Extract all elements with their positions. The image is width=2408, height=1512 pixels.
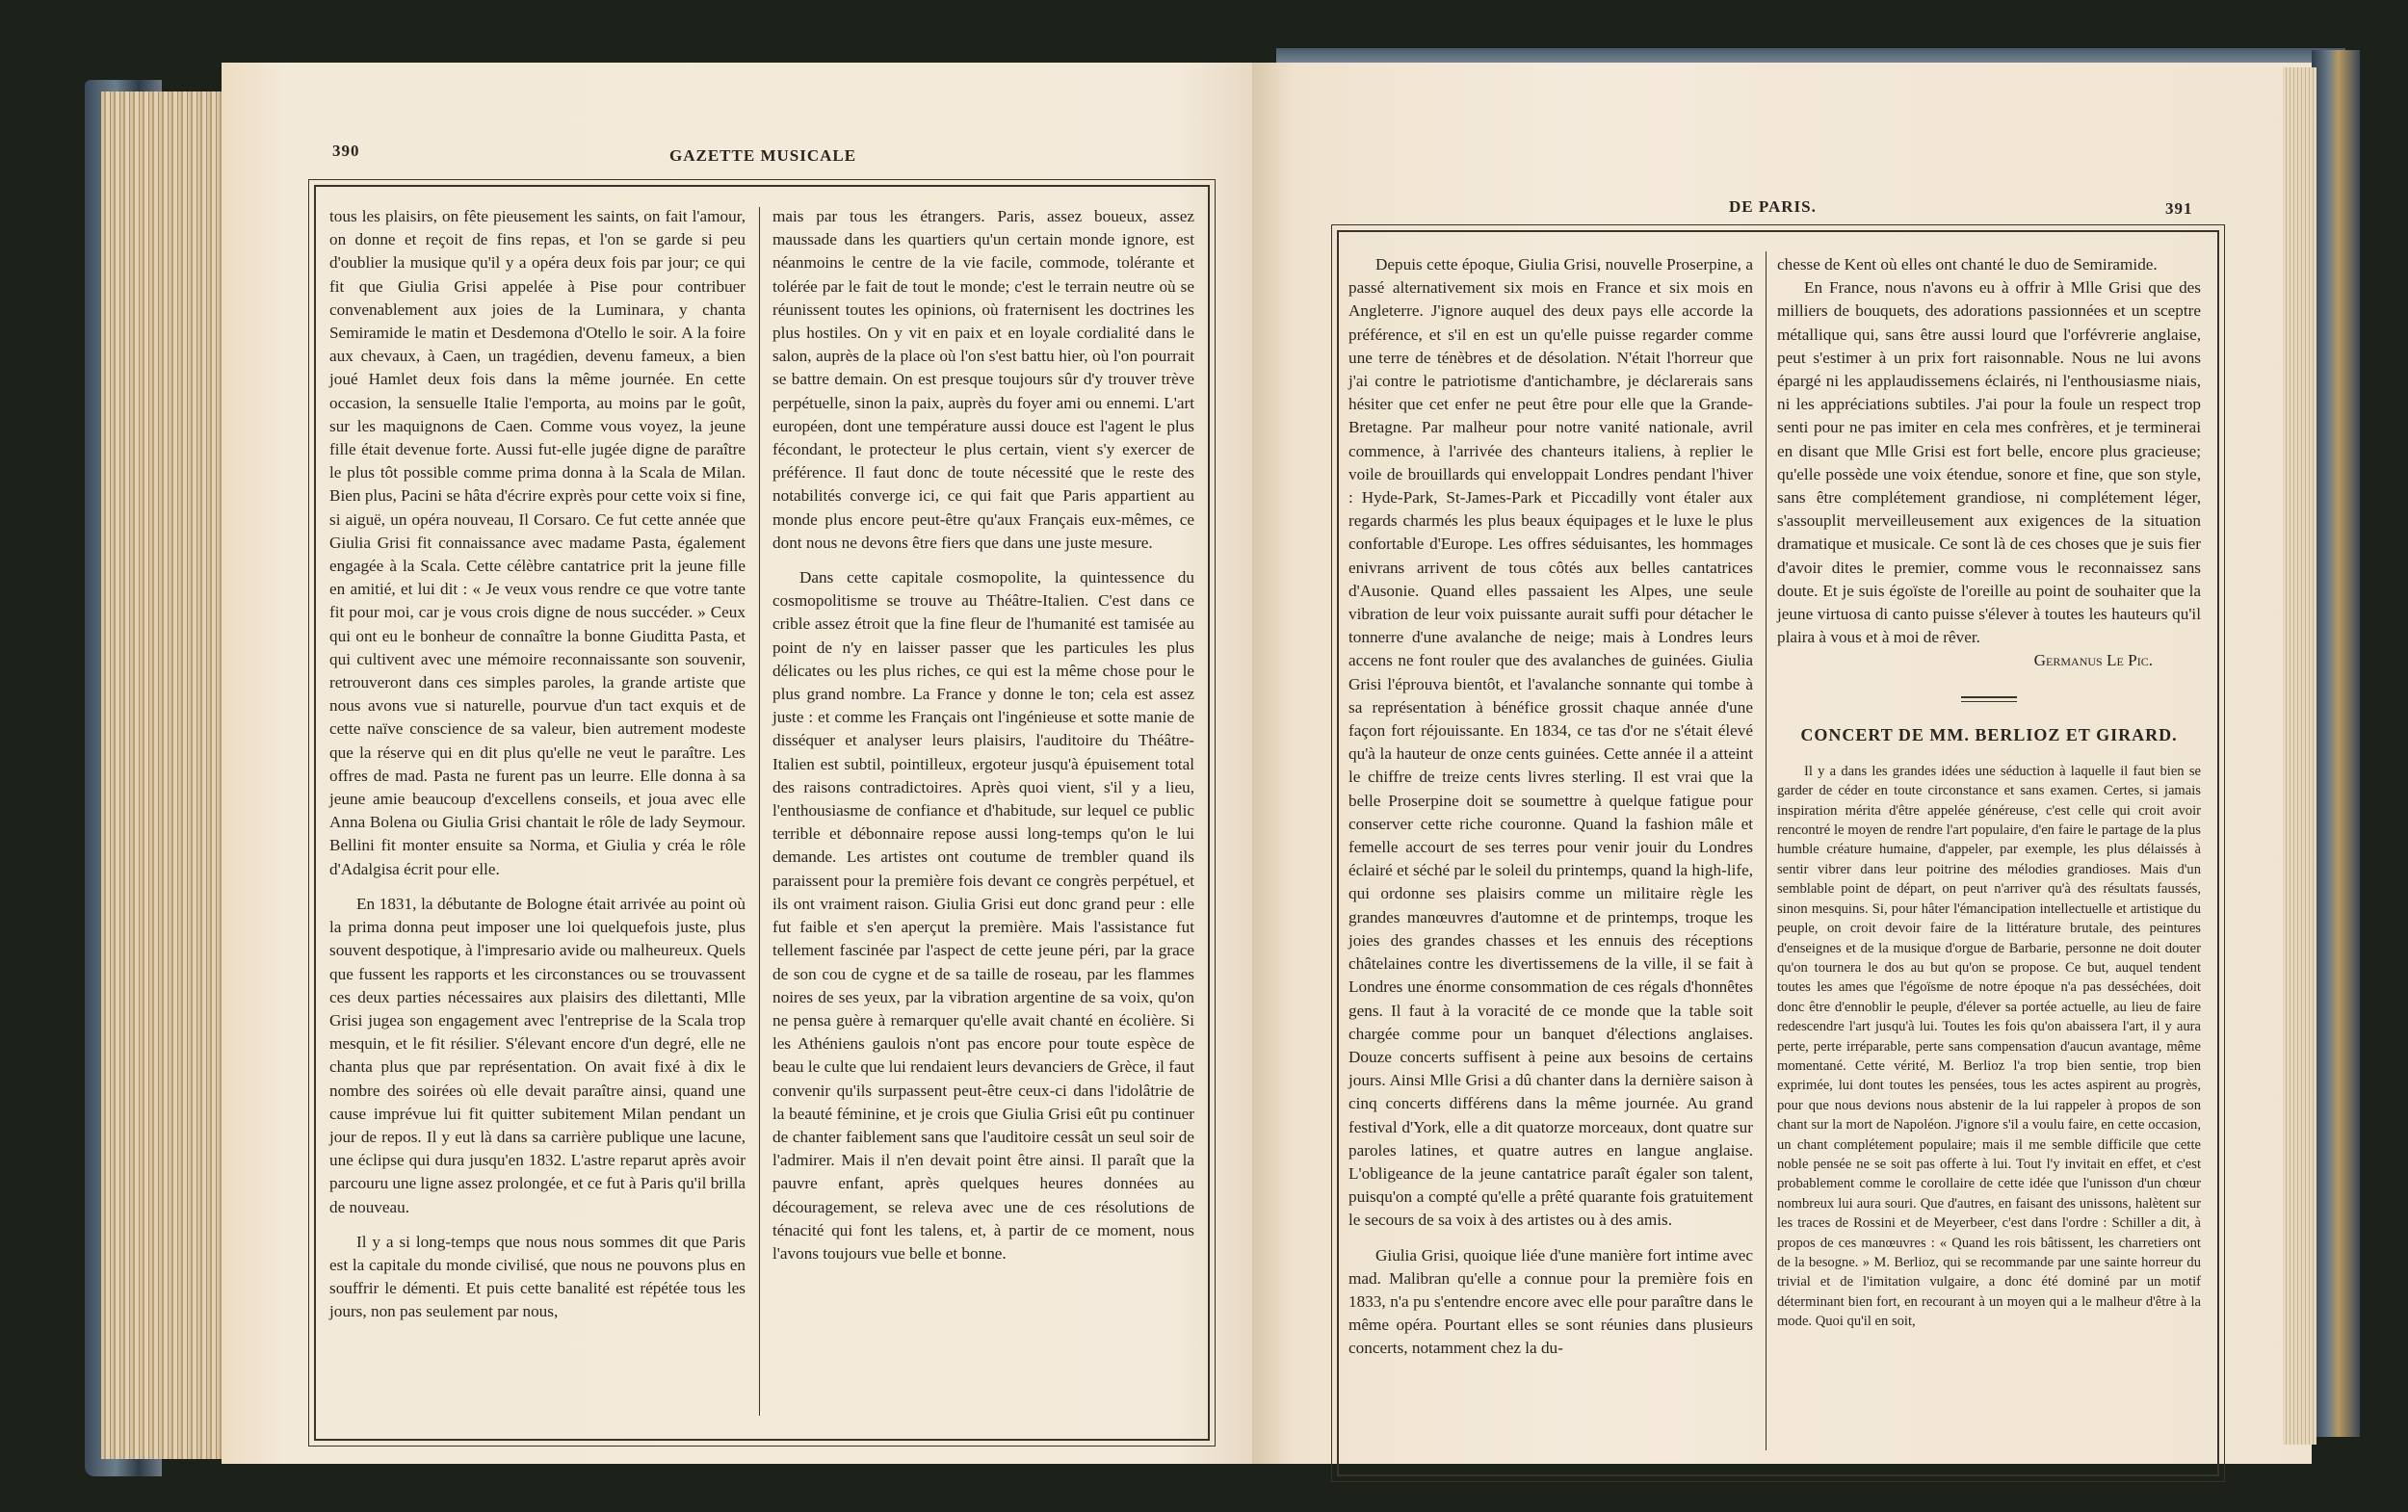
- column-rule: [1766, 251, 1767, 1450]
- paragraph: Il y a si long-temps que nous nous somme…: [329, 1231, 746, 1324]
- paragraph: Il y a dans les grandes idées une séduct…: [1777, 762, 2201, 1332]
- right-page-edges: [2283, 67, 2316, 1445]
- paragraph: Dans cette capitale cosmopolite, la quin…: [772, 566, 1194, 1265]
- right-page: DE PARIS. 391 Depuis cette époque, Giuli…: [1252, 63, 2312, 1464]
- running-head: DE PARIS.: [1729, 197, 1817, 217]
- column-1: tous les plaisirs, on fête pieusement le…: [329, 205, 746, 1324]
- column-2: mais par tous les étrangers. Paris, asse…: [772, 205, 1194, 1265]
- left-page: 390 GAZETTE MUSICALE tous les plaisirs, …: [222, 63, 1281, 1464]
- column-1: Depuis cette époque, Giulia Grisi, nouve…: [1348, 253, 1753, 1361]
- paragraph: En France, nous n'avons eu à offrir à Ml…: [1777, 276, 2201, 649]
- page-block-edges: [101, 91, 236, 1459]
- paragraph: chesse de Kent où elles ont chanté le du…: [1777, 253, 2201, 276]
- paragraph: Depuis cette époque, Giulia Grisi, nouve…: [1348, 253, 1753, 1233]
- author-signature: Germanus Le Pic.: [1777, 649, 2201, 672]
- column-2: chesse de Kent où elles ont chanté le du…: [1777, 253, 2201, 1332]
- page-number: 391: [2165, 199, 2193, 219]
- book-cover-right: [2312, 50, 2360, 1437]
- page-number: 390: [332, 142, 360, 161]
- section-divider: [1961, 696, 2017, 702]
- paragraph: mais par tous les étrangers. Paris, asse…: [772, 205, 1194, 555]
- column-rule: [759, 207, 760, 1416]
- paragraph: En 1831, la débutante de Bologne était a…: [329, 893, 746, 1219]
- running-head: GAZETTE MUSICALE: [669, 146, 856, 166]
- paragraph: tous les plaisirs, on fête pieusement le…: [329, 205, 746, 881]
- section-title: CONCERT DE MM. BERLIOZ ET GIRARD.: [1777, 723, 2201, 746]
- paragraph: Giulia Grisi, quoique liée d'une manière…: [1348, 1244, 1753, 1361]
